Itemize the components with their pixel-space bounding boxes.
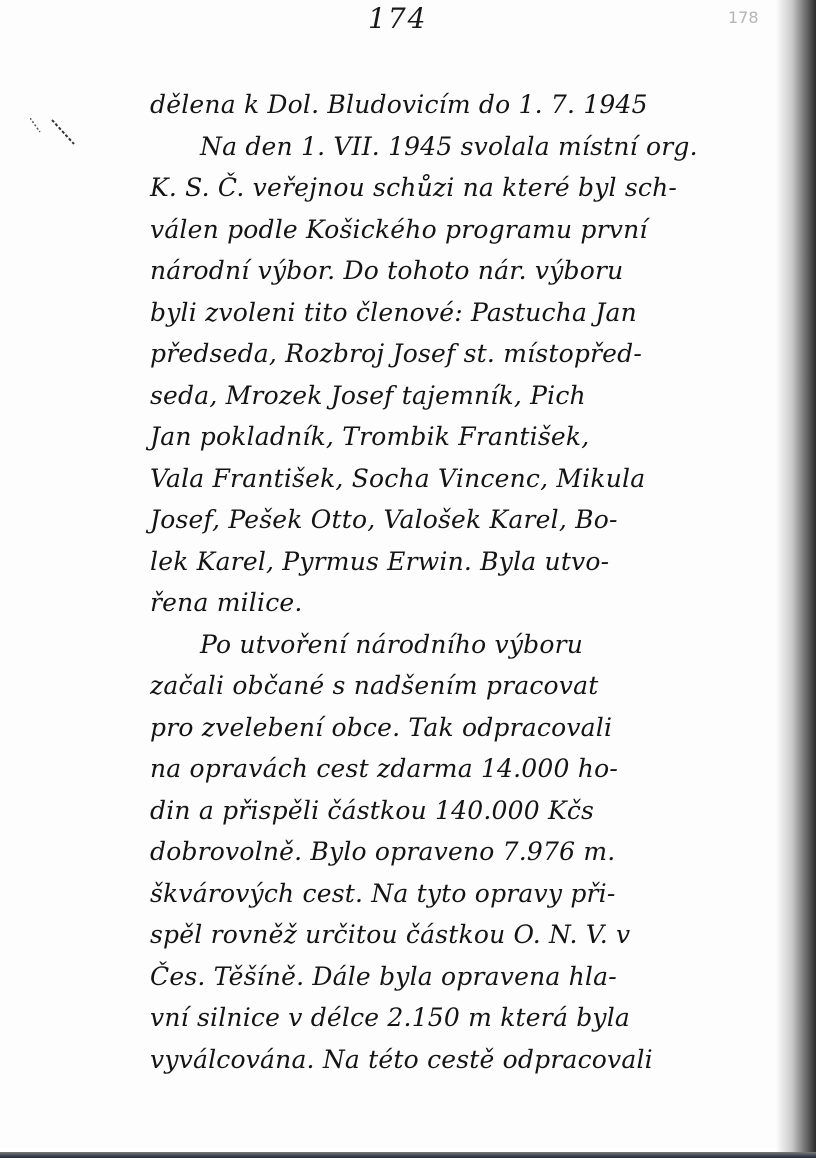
text-line: začali občané s nadšením pracovat xyxy=(150,665,710,707)
page-bottom-edge xyxy=(0,1152,816,1158)
archive-stamp-number: 178 xyxy=(728,8,759,27)
text-line: seda, Mrozek Josef tajemník, Pich xyxy=(150,375,710,417)
document-page: 174 178 dělena k Dol. Bludovicím do 1. 7… xyxy=(0,0,800,1148)
text-line: národní výbor. Do tohoto nár. výboru xyxy=(150,250,710,292)
text-line: lek Karel, Pyrmus Erwin. Byla utvo- xyxy=(150,541,710,583)
text-line: Vala František, Socha Vincenc, Mikula xyxy=(150,458,710,500)
page-binding-shadow xyxy=(776,0,816,1158)
text-line: pro zvelebení obce. Tak odpracovali xyxy=(150,707,710,749)
text-line: Čes. Těšíně. Dále byla opravena hla- xyxy=(150,956,710,998)
text-line: předseda, Rozbroj Josef st. místopřed- xyxy=(150,333,710,375)
text-line: spěl rovněž určitou částkou O. N. V. v xyxy=(150,914,710,956)
text-line: vyválcována. Na této cestě odpracovali xyxy=(150,1039,710,1081)
text-line: vní silnice v délce 2.150 m která byla xyxy=(150,997,710,1039)
text-line: škvárových cest. Na tyto opravy při- xyxy=(150,873,710,915)
text-line: Jan pokladník, Trombik František, xyxy=(150,416,710,458)
text-line: K. S. Č. veřejnou schůzi na které byl sc… xyxy=(150,167,710,209)
text-line: dobrovolně. Bylo opraveno 7.976 m. xyxy=(150,831,710,873)
stray-pen-marks-icon xyxy=(30,118,80,148)
text-line: din a přispěli částkou 140.000 Kčs xyxy=(150,790,710,832)
text-line: válen podle Košického programu první xyxy=(150,209,710,251)
text-line: na opravách cest zdarma 14.000 ho- xyxy=(150,748,710,790)
page-number: 174 xyxy=(368,2,427,35)
text-line: dělena k Dol. Bludovicím do 1. 7. 1945 xyxy=(150,84,710,126)
text-line: řena milice. xyxy=(150,582,710,624)
text-line: Josef, Pešek Otto, Valošek Karel, Bo- xyxy=(150,499,710,541)
text-line: byli zvoleni tito členové: Pastucha Jan xyxy=(150,292,710,334)
text-line: Na den 1. VII. 1945 svolala místní org. xyxy=(150,126,710,168)
paragraph-start-line: Po utvoření národního výboru xyxy=(150,624,710,666)
handwritten-text-block: dělena k Dol. Bludovicím do 1. 7. 1945 N… xyxy=(150,84,710,1080)
